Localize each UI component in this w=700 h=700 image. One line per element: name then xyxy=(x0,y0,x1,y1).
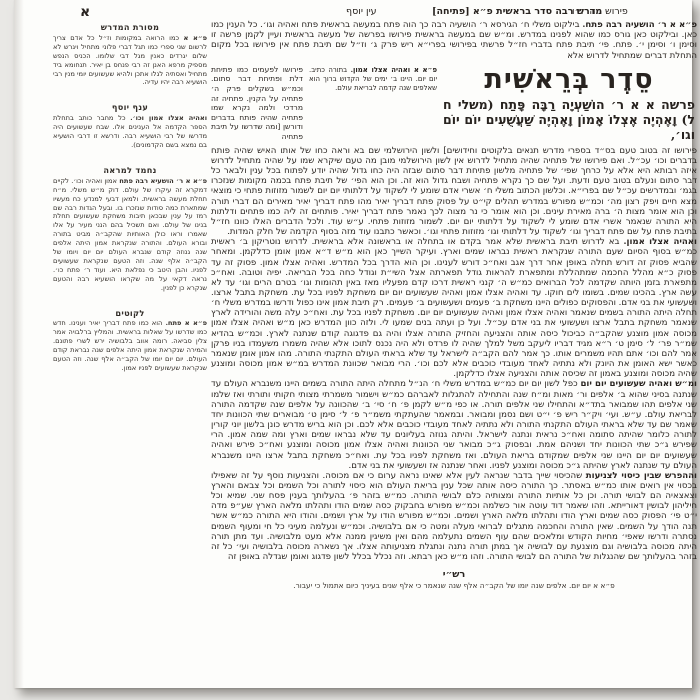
page-header: א עין יוסף מדרש רבה סדר בראשית פ״א [פתיח… xyxy=(14,6,692,20)
section-title: נחמד למראה xyxy=(53,166,207,175)
paragraph-text: בא לדרוש תיבת בראשית שלא אמר בקדם או בתח… xyxy=(211,237,697,379)
scanned-book-page-screenshot: { "header": { "page_number": "א", "left_… xyxy=(0,0,700,700)
dibbur-hamatchil: ומ״ש ואהיה שעשועים יום יום xyxy=(580,379,697,389)
section-lead: פ״א א פתח. xyxy=(166,319,207,327)
section-likkutim: לקוטים פ״א א פתח. הוא כמו פתח דבריך יאיר… xyxy=(53,309,207,373)
dibbur-hamatchil: ואהיה אצלו אמון. xyxy=(624,237,697,247)
rashi-footer-text: פ״א א יום יום. אלפים שנה יומו של הקב״ה א… xyxy=(211,581,697,590)
title-band: סֵדֶר בְּרֵאשִׁית פרשה א א ר׳ הוֹשַׁעְיָ… xyxy=(211,64,697,142)
commentary-paragraph: ומ״ש ואהיה שעשועים יום יום כפל לשון יום … xyxy=(211,379,697,470)
commentary-paragraph: פירושו זה בטוב טעם בס״ד בספרי מדרש תנאים… xyxy=(211,146,697,237)
section-anaf-yosef: ענף יוסף ואהיה אצלו אמון וכו׳. כל מחבר כ… xyxy=(53,103,207,150)
dibbur-hamatchil: וההפרש שבין כיסוי לצניעות xyxy=(586,471,697,481)
commentary-paragraph-top: פ״א א ר׳ הושעיה רבה פתח. בילקוט משלי ח׳ … xyxy=(211,20,697,61)
gloss-lead: פ״א א ואהיה אצלו אמון. xyxy=(351,66,437,74)
section-lead: ואהיה אצלו אמון וכו׳. xyxy=(130,114,207,122)
seder-bereshit-title: סֵדֶר בְּרֵאשִׁית xyxy=(443,64,695,95)
section-title: מסורת המדרש xyxy=(53,23,207,32)
book-page: א עין יוסף מדרש רבה סדר בראשית פ״א [פתיח… xyxy=(14,0,692,688)
rashi-footer-title: רש״י xyxy=(211,569,697,580)
running-head-maharzav: פירוש מהרז״ו xyxy=(572,6,628,17)
gloss-note: פ״א א ואהיה אצלו אמון. בתורה כתיב. יום י… xyxy=(303,64,443,142)
section-lead: פ״א א ר׳ הושעיא רבה פתח xyxy=(119,177,207,185)
section-nechmad-lemareh: נחמד למראה פ״א א ר׳ הושעיא רבה פתח אמון … xyxy=(53,166,207,293)
paragraph-text: שהכיסוי שייך בדבר שנראה לעין אלא שאינו נ… xyxy=(211,471,697,562)
paragraph-text: פירושו זה בטוב טעם בס״ד בספרי מדרש תנאים… xyxy=(211,146,697,237)
side-commentary-column: מסורת המדרש פ״א א כמו הרואה במקומות וז״ל… xyxy=(53,20,207,684)
section-mesoret-hamidrash: מסורת המדרש פ״א א כמו הרואה במקומות וז״ל… xyxy=(53,23,207,87)
title-and-opening: סֵדֶר בְּרֵאשִׁית פרשה א א ר׳ הוֹשַׁעְיָ… xyxy=(443,64,697,142)
section-text: אמון ואהיה וכו׳. לקיים דמקרא זה עיקרו של… xyxy=(53,177,207,292)
section-title: ענף יוסף xyxy=(53,103,207,112)
continuation-column: פירושו לפעמים כמו פתיחת דלת ופתיחת דבר ס… xyxy=(211,64,303,142)
paragraph-text: כפל לשון יום יום כמ״ש במדרש משלי ח׳ הנ״ל… xyxy=(211,379,697,470)
commentary-paragraph: וההפרש שבין כיסוי לצניעות שהכיסוי שייך ב… xyxy=(211,471,697,562)
main-text-column: פ״א א ר׳ הושעיה רבה פתח. בילקוט משלי ח׳ … xyxy=(211,20,697,590)
commentary-paragraph: ואהיה אצלו אמון. בא לדרוש תיבת בראשית של… xyxy=(211,237,697,379)
section-lead: פ״א א xyxy=(183,34,207,42)
dibbur-hamatchil: פ״א א ר׳ הושעיה רבה פתח. xyxy=(582,20,697,30)
running-head-ein-yosef: עין יוסף xyxy=(346,6,377,17)
page-number: א xyxy=(80,4,90,20)
section-title: לקוטים xyxy=(53,309,207,318)
parsha-opening-verse: פרשה א א ר׳ הוֹשַׁעְיָה רַבָּה פָּתַח (מ… xyxy=(443,97,695,142)
